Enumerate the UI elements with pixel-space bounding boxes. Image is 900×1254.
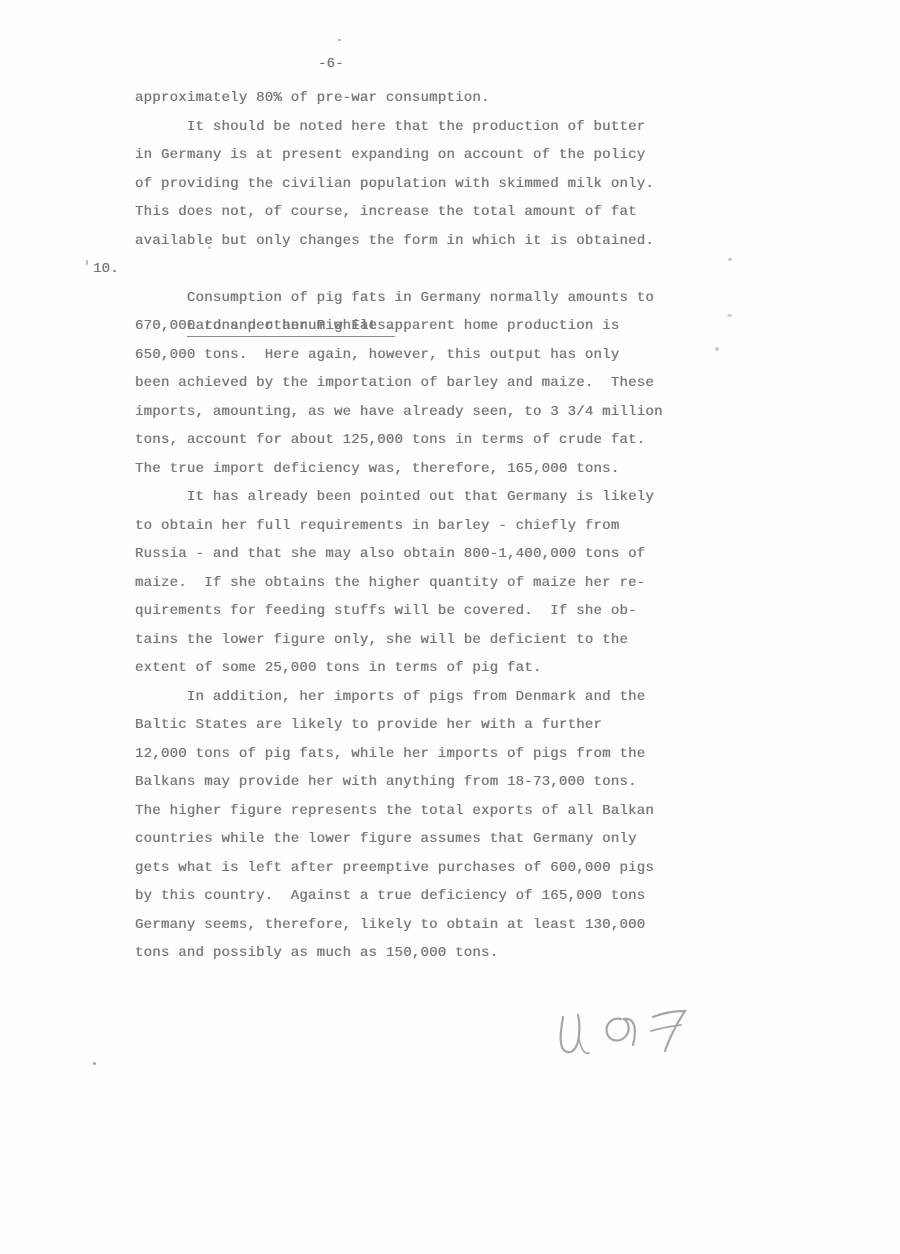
text-line: Balkans may provide her with anything fr… xyxy=(135,768,695,797)
text-line: tains the lower figure only, she will be… xyxy=(135,626,695,655)
scan-speck xyxy=(86,260,88,265)
text-line: maize. If she obtains the higher quantit… xyxy=(135,569,695,598)
scan-speck xyxy=(728,258,732,261)
text-line: Baltic States are likely to provide her … xyxy=(135,711,695,740)
scan-speck xyxy=(727,314,732,317)
text-line: The higher figure represents the total e… xyxy=(135,797,695,826)
text-line: The true import deficiency was, therefor… xyxy=(135,455,695,484)
text-line: tons, account for about 125,000 tons in … xyxy=(135,426,695,455)
text-line: in Germany is at present expanding on ac… xyxy=(135,141,695,170)
text-line: It should be noted here that the product… xyxy=(135,113,695,142)
text-line: Consumption of pig fats in Germany norma… xyxy=(135,284,695,313)
text-line: to obtain her full requirements in barle… xyxy=(135,512,695,541)
text-line: quirements for feeding stuffs will be co… xyxy=(135,597,695,626)
text-line: Russia - and that she may also obtain 80… xyxy=(135,540,695,569)
text-line: 650,000 tons. Here again, however, this … xyxy=(135,341,695,370)
section-heading: 10. Lard and other Pig Fats. xyxy=(135,255,695,284)
scan-speck xyxy=(208,246,211,249)
scan-speck xyxy=(93,1062,96,1065)
section-number: 10. xyxy=(93,255,119,284)
document-body: approximately 80% of pre-war consumption… xyxy=(135,84,695,968)
paragraph-pig-imports: In addition, her imports of pigs from De… xyxy=(135,683,695,968)
paragraph-barley-maize: It has already been pointed out that Ger… xyxy=(135,483,695,683)
handwritten-annotation xyxy=(545,995,745,1080)
text-line: This does not, of course, increase the t… xyxy=(135,198,695,227)
scan-speck xyxy=(338,39,341,41)
text-line: countries while the lower figure assumes… xyxy=(135,825,695,854)
paragraph-butter-production: It should be noted here that the product… xyxy=(135,113,695,256)
text-line: been achieved by the importation of barl… xyxy=(135,369,695,398)
scanned-document-page: -6- approximately 80% of pre-war consump… xyxy=(0,0,900,1254)
text-line: available but only changes the form in w… xyxy=(135,227,695,256)
text-line: 12,000 tons of pig fats, while her impor… xyxy=(135,740,695,769)
text-line: of providing the civilian population wit… xyxy=(135,170,695,199)
text-line: imports, amounting, as we have already s… xyxy=(135,398,695,427)
text-line: Germany seems, therefore, likely to obta… xyxy=(135,911,695,940)
text-line: extent of some 25,000 tons in terms of p… xyxy=(135,654,695,683)
section-title: Lard and other Pig Fats. xyxy=(187,318,395,337)
text-line: tons and possibly as much as 150,000 ton… xyxy=(135,939,695,968)
scan-speck xyxy=(715,347,719,351)
text-line: gets what is left after preemptive purch… xyxy=(135,854,695,883)
continuation-paragraph: approximately 80% of pre-war consumption… xyxy=(135,84,695,113)
page-number: -6- xyxy=(318,56,344,72)
text-line: It has already been pointed out that Ger… xyxy=(135,483,695,512)
text-line: In addition, her imports of pigs from De… xyxy=(135,683,695,712)
text-line: by this country. Against a true deficien… xyxy=(135,882,695,911)
text-line: approximately 80% of pre-war consumption… xyxy=(135,84,695,113)
